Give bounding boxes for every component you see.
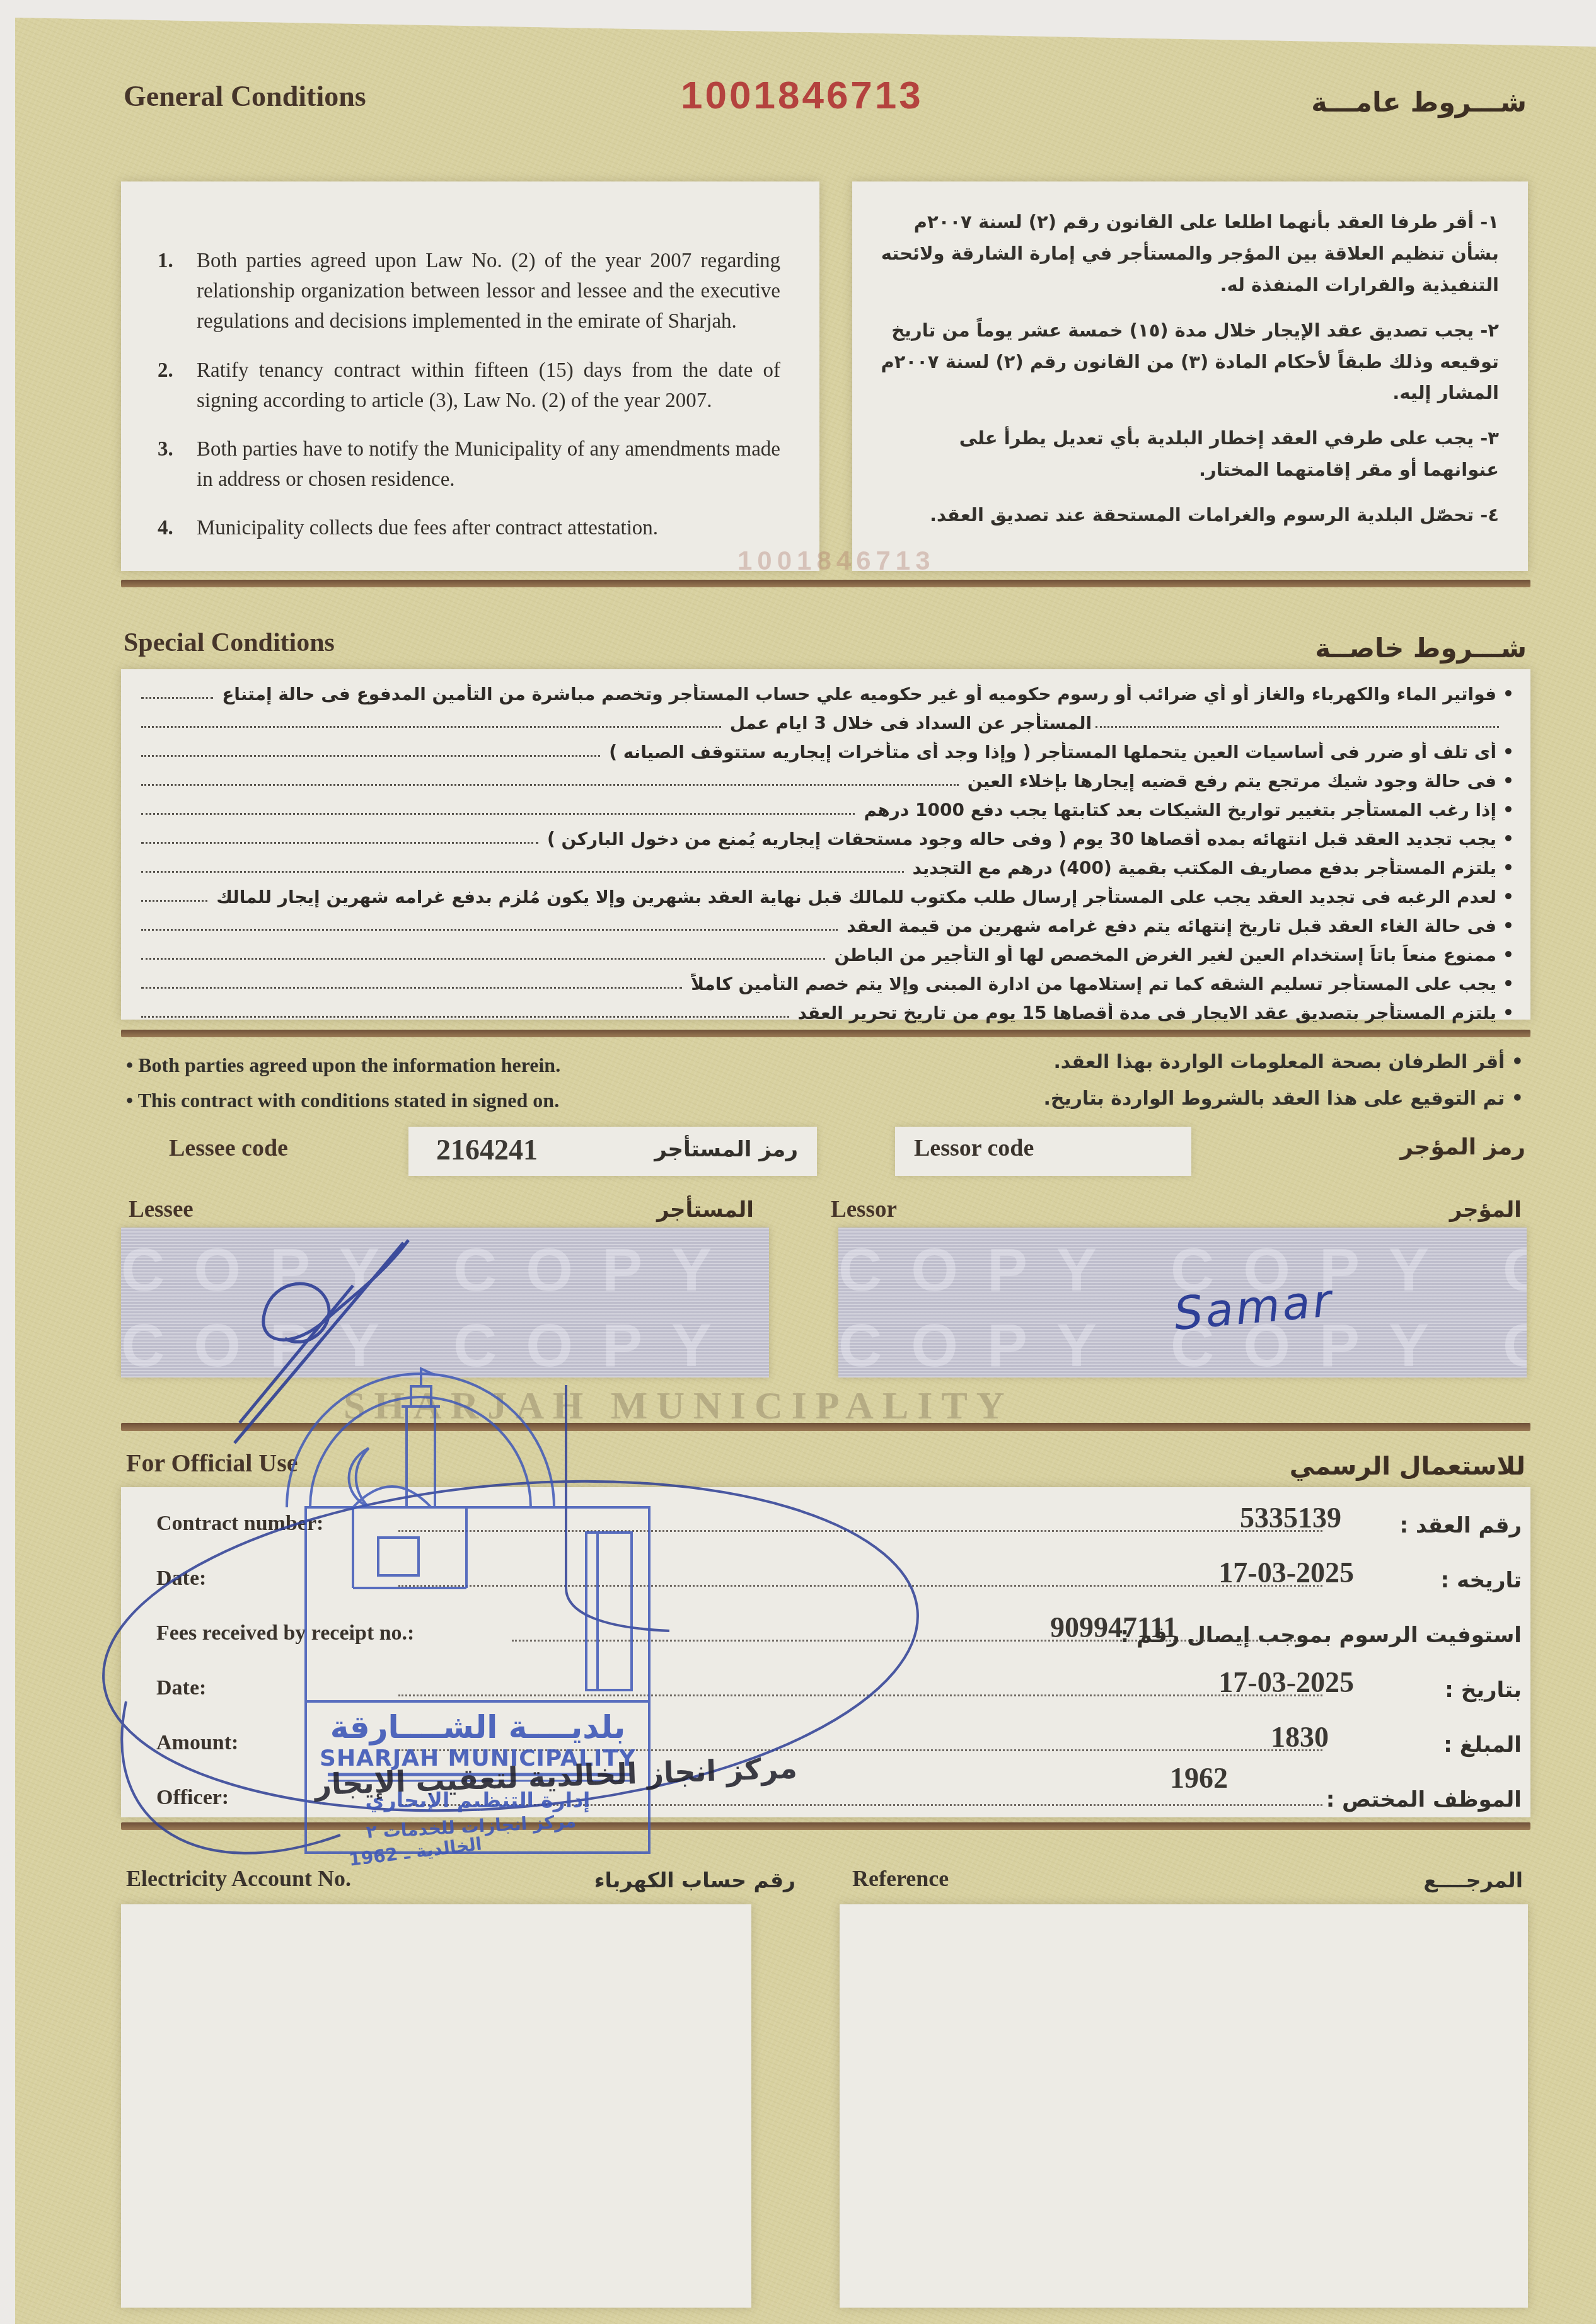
general-condition-ar-4: ٤- تحصّل البلدية الرسوم والغرامات المستح… (877, 500, 1499, 531)
special-condition-line-10: •ممنوع منعاً باتاً إستخدام العين لغير ال… (137, 936, 1514, 965)
dotted-leader (141, 871, 904, 873)
document-number: 1001846713 (681, 73, 923, 118)
receipt-date-value: 17-03-2025 (1218, 1665, 1354, 1699)
electricity-account-label-ar: رقم حساب الكهرباء (594, 1868, 795, 1892)
line-text: يجب تجديد العقد قبل انتهائه بمده أقصاها … (547, 829, 1496, 849)
bullet: • (1503, 1003, 1514, 1023)
row-label-en: Contract number: (156, 1512, 323, 1536)
bullet: • (1503, 916, 1514, 936)
bullet: • (1503, 771, 1514, 791)
item-text: Municipality collects due fees after con… (197, 513, 780, 543)
contract-number-value: 5335139 (1240, 1501, 1341, 1534)
lessee-label-en: Lessee (129, 1196, 194, 1223)
official-row-date-2: Date: 17-03-2025 بتاريخ : (121, 1652, 1530, 1706)
contract-date-value: 17-03-2025 (1218, 1556, 1354, 1589)
lessor-code-label-ar: رمز المؤجر (1400, 1134, 1525, 1160)
bullet: • (1503, 887, 1514, 907)
dotted-leader (141, 958, 825, 960)
line-text: المستأجر عن السداد فى خلال 3 ايام عمل (730, 713, 1092, 733)
dotted-leader (141, 929, 838, 931)
general-condition-ar-2: ٢- يجب تصديق عقد الإيجار خلال مدة (١٥) خ… (877, 315, 1499, 410)
line-text: يجب على المستأجر تسليم الشقه كما تم إستل… (691, 974, 1496, 994)
special-condition-line-8: •لعدم الرغبه فى تجديد العقد يجب على المس… (137, 878, 1514, 907)
general-condition-en-2: 2.Ratify tenancy contract within fifteen… (158, 355, 780, 416)
lessor-code-label-en: Lessor code (914, 1134, 1034, 1162)
bullet: • (1503, 858, 1514, 878)
item-text: Both parties have to notify the Municipa… (197, 434, 780, 495)
dotted-leader (141, 726, 721, 728)
item-number: 3. (158, 434, 197, 495)
agreement-statement-en-2: • This contract with conditions stated i… (126, 1089, 559, 1112)
dotted-leader (398, 1804, 1322, 1806)
item-number: 4. (158, 513, 197, 543)
bullet: • (1503, 684, 1514, 705)
general-condition-en-3: 3.Both parties have to notify the Munici… (158, 434, 780, 495)
line-text: لعدم الرغبه فى تجديد العقد يجب على المست… (216, 887, 1496, 907)
electricity-account-box (121, 1904, 751, 2308)
row-label-en: Date: (156, 1676, 206, 1700)
row-label-en: Amount: (156, 1731, 238, 1755)
official-row-date-1: Date: 17-03-2025 تاريخه : (121, 1542, 1530, 1597)
agreement-statement-ar-1: • أقر الطرفان بصحة المعلومات الواردة بهذ… (1053, 1051, 1524, 1073)
general-conditions-box-ar: ١- أقر طرفا العقد بأنهما اطلعا على القان… (852, 181, 1528, 571)
general-conditions-title-en: General Conditions (124, 79, 366, 113)
line-text: يلتزم المستأجر بتصديق عقد الايجار فى مدة… (798, 1003, 1497, 1023)
special-condition-line-11: •يجب على المستأجر تسليم الشقه كما تم إست… (137, 965, 1514, 994)
special-condition-line-1: •فواتير الماء والكهرباء والغاز أو أي ضرا… (137, 676, 1514, 705)
line-text: فواتير الماء والكهرباء والغاز أو أي ضرائ… (222, 684, 1496, 705)
official-row-amount: Amount: 1830 المبلغ : (121, 1706, 1530, 1761)
dotted-leader (141, 813, 855, 815)
row-label-ar: رقم العقد : (1400, 1513, 1522, 1538)
row-label-ar: استوفيت الرسوم بموجب إيصال رقم : (1120, 1623, 1522, 1648)
special-conditions-box: •فواتير الماء والكهرباء والغاز أو أي ضرا… (121, 669, 1530, 1020)
amount-value: 1830 (1271, 1720, 1329, 1754)
divider-rule-1 (121, 580, 1530, 587)
bullet: • (1503, 829, 1514, 849)
special-condition-line-3: •أى تلف أو ضرر فى أساسيات العين يتحملها … (137, 733, 1514, 762)
reference-label-en: Reference (852, 1865, 949, 1892)
reference-box (840, 1904, 1528, 2308)
bullet: • (1503, 800, 1514, 820)
row-label-ar: الموظف المختص : (1326, 1787, 1522, 1812)
row-label-en: Date: (156, 1567, 206, 1591)
lessee-code-label-en: Lessee code (169, 1134, 288, 1162)
special-conditions-title-ar: شـــروط خاصــة (1315, 633, 1527, 664)
official-row-contract-number: Contract number: 5335139 رقم العقد : (121, 1487, 1530, 1542)
dotted-leader (141, 697, 213, 699)
special-condition-line-4: •فى حالة وجود شيك مرتجع يتم رفع قضيه إيج… (137, 762, 1514, 791)
special-condition-line-6: •يجب تجديد العقد قبل انتهائه بمده أقصاها… (137, 820, 1514, 849)
copy-watermark: COPY COPY COPYCOPY COPY COPY (121, 1228, 769, 1378)
general-condition-en-1: 1.Both parties agreed upon Law No. (2) o… (158, 246, 780, 337)
special-condition-line-7: •يلتزم المستأجر بدفع مصاريف المكتب بقمية… (137, 849, 1514, 878)
bullet: • (1503, 742, 1514, 762)
lessor-signature-box: COPY COPY COPYCOPY COPY COPY (838, 1228, 1527, 1378)
officer-value: 1962 (1170, 1761, 1228, 1795)
item-text: Both parties agreed upon Law No. (2) of … (197, 246, 780, 337)
lessor-label-ar: المؤجر (1450, 1197, 1522, 1222)
special-conditions-title-en: Special Conditions (124, 628, 335, 658)
special-condition-line-12: •يلتزم المستأجر بتصديق عقد الايجار فى مد… (137, 994, 1514, 1023)
lessee-code-value: 2164241 (436, 1133, 538, 1166)
ghost-document-number: 1001846713 (737, 546, 935, 576)
bullet: • (1503, 945, 1514, 965)
divider-rule-4 (121, 1822, 1530, 1830)
dotted-leader (398, 1749, 1322, 1751)
general-conditions-box-en: 1.Both parties agreed upon Law No. (2) o… (121, 181, 819, 571)
dotted-leader (398, 1694, 1322, 1696)
line-text: إذا رغب المستأجر بتغيير تواريخ الشيكات ب… (864, 800, 1496, 820)
special-condition-line-9: •فى حالة الغاء العقد قبل تاريخ إنتهائه ي… (137, 907, 1514, 936)
row-label-ar: بتاريخ : (1445, 1677, 1522, 1703)
copy-watermark: COPY COPY COPYCOPY COPY COPY (838, 1228, 1527, 1378)
line-text: أى تلف أو ضرر فى أساسيات العين يتحملها ا… (609, 742, 1496, 762)
dotted-leader (1096, 726, 1499, 728)
dotted-leader (141, 784, 959, 786)
dotted-leader (398, 1585, 1322, 1587)
lessee-code-label-ar: رمز المستأجر (654, 1137, 798, 1162)
special-condition-line-2: المستأجر عن السداد فى خلال 3 ايام عمل (137, 705, 1514, 733)
reference-label-ar: المرجــــع (1423, 1868, 1523, 1892)
special-condition-line-5: •إذا رغب المستأجر بتغيير تواريخ الشيكات … (137, 791, 1514, 820)
row-label-en: Officer: (156, 1786, 229, 1810)
divider-rule-2 (121, 1030, 1530, 1037)
dotted-leader (141, 842, 538, 844)
official-row-officer: Officer: 1962 الموظف المختص : (121, 1761, 1530, 1816)
item-text: Ratify tenancy contract within fifteen (… (197, 355, 780, 416)
general-conditions-title-ar: شـــروط عامـــة (1311, 87, 1527, 118)
official-use-title-ar: للاستعمال الرسمي (1290, 1452, 1525, 1481)
lessor-code-box: Lessor code (895, 1127, 1191, 1176)
official-use-box: Contract number: 5335139 رقم العقد : Dat… (121, 1487, 1530, 1817)
general-condition-ar-1: ١- أقر طرفا العقد بأنهما اطلعا على القان… (877, 207, 1499, 301)
dotted-leader (398, 1530, 1322, 1532)
lessor-label-en: Lessor (831, 1196, 897, 1223)
general-condition-ar-3: ٣- يجب على طرفي العقد إخطار البلدية بأي … (877, 423, 1499, 486)
official-use-title-en: For Official Use (126, 1448, 298, 1478)
row-label-en: Fees received by receipt no.: (156, 1621, 414, 1645)
divider-rule-3 (121, 1423, 1530, 1431)
official-row-receipt-number: Fees received by receipt no.: 909947111 … (121, 1597, 1530, 1652)
dotted-leader (141, 900, 207, 902)
dotted-leader (141, 755, 600, 757)
line-text: يلتزم المستأجر بدفع مصاريف المكتب بقمية … (913, 858, 1497, 878)
lessee-signature-box: COPY COPY COPYCOPY COPY COPY (121, 1228, 769, 1378)
agreement-statement-en-1: • Both parties agreed upon the informati… (126, 1054, 560, 1077)
lessee-code-box: 2164241 رمز المستأجر (408, 1127, 817, 1176)
item-number: 1. (158, 246, 197, 337)
lessee-label-ar: المستأجر (657, 1197, 754, 1222)
general-condition-en-4: 4.Municipality collects due fees after c… (158, 513, 780, 543)
line-text: فى حالة الغاء العقد قبل تاريخ إنتهائه يت… (847, 916, 1496, 936)
row-label-ar: تاريخه : (1441, 1568, 1522, 1593)
line-text: ممنوع منعاً باتاً إستخدام العين لغير الغ… (834, 945, 1496, 965)
dotted-leader (141, 1016, 789, 1018)
bullet: • (1503, 974, 1514, 994)
municipality-watermark: SHARJAH MUNICIPALITY (344, 1384, 1014, 1429)
electricity-account-label-en: Electricity Account No. (126, 1865, 351, 1892)
row-label-ar: المبلغ : (1443, 1732, 1522, 1757)
item-number: 2. (158, 355, 197, 416)
line-text: فى حالة وجود شيك مرتجع يتم رفع قضيه إيجا… (968, 771, 1496, 791)
dotted-leader (141, 987, 682, 989)
agreement-statement-ar-2: • تم التوقيع على هذا العقد بالشروط الوار… (1043, 1088, 1524, 1110)
